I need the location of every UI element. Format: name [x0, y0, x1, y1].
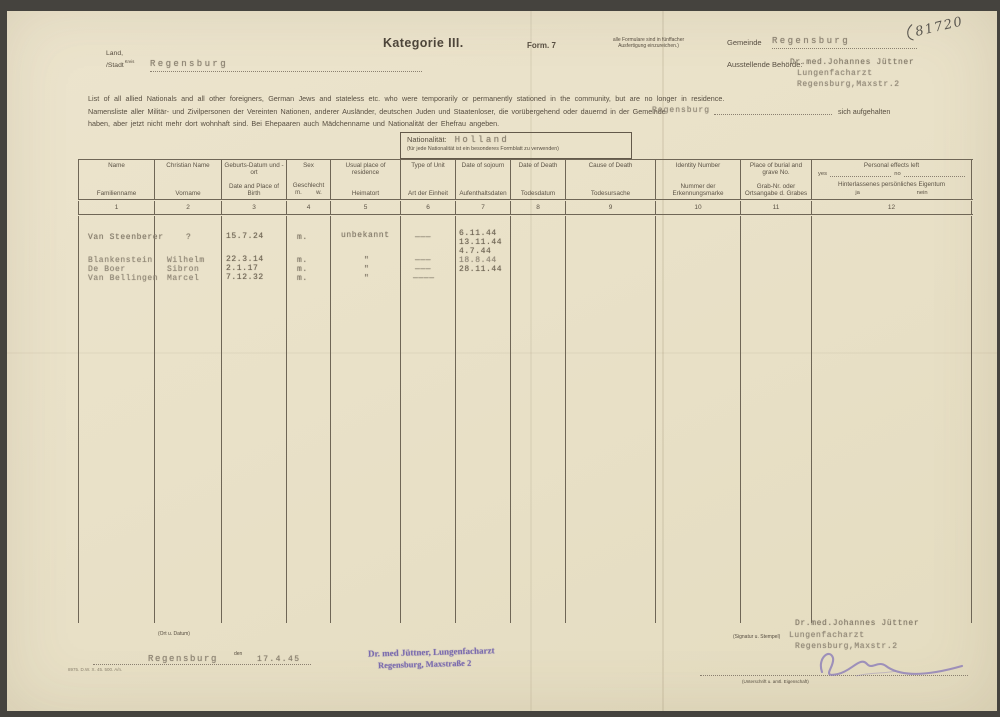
body-col4	[287, 216, 331, 623]
nationality-note: (für jede Nationalität ist ein besondere…	[407, 146, 625, 152]
col6-number: 6	[401, 201, 456, 214]
row3-surname: De Boer	[88, 265, 126, 274]
gemeinde-typed-value: Regensburg	[772, 36, 850, 46]
row3-sex: m.	[297, 265, 308, 274]
col2-bottom-label: Vorname	[156, 190, 220, 197]
handwritten-signature	[812, 644, 967, 688]
stadt-label: /Stadt	[106, 62, 124, 69]
nationality-typed-value: Holland	[455, 135, 510, 145]
col-header-burial: Place of burial and grave No. Grab-Nr. o…	[741, 160, 812, 199]
col10-number: 10	[656, 201, 741, 214]
col-header-residence: Usual place of residence Heimatort	[331, 160, 401, 199]
col4-female-label: w.	[316, 190, 322, 197]
table-column-numbers-row: 1 2 3 4 5 6 7 8 9 10 11 12	[78, 201, 973, 215]
col12-no-label: no	[894, 171, 900, 178]
row4-vorname: Marcel	[167, 274, 199, 283]
body-col10	[656, 216, 741, 623]
col6-top-label: Type of Unit	[402, 162, 454, 169]
col-header-sojourn: Date of sojourn Aufenthaltsdaten	[456, 160, 511, 199]
col4-top-label: Sex	[288, 162, 329, 169]
col-header-sex: Sex Geschlecht m. w.	[287, 160, 331, 199]
intro-line-german-part2: sich aufgehalten	[838, 107, 890, 116]
col12-nein-label: nein	[917, 190, 928, 197]
handwritten-registry-number: 81720	[902, 11, 966, 44]
row1-birthdate: 15.7.24	[226, 232, 264, 241]
nationality-label: Nationalität:	[407, 135, 447, 144]
scan-edge-left	[0, 0, 7, 717]
row4-unit-dashes: ————	[413, 274, 435, 283]
body-col7	[456, 216, 511, 623]
scan-edge-top	[0, 0, 1000, 11]
form-category-title: Kategorie III.	[383, 36, 464, 50]
scanned-form-paper: Kategorie III. Form. 7 alle Formulare si…	[0, 0, 1000, 717]
gemeinde-label: Gemeinde	[727, 38, 762, 47]
row2-sojourn-date: 4.7.44	[459, 247, 491, 256]
row3-residence-ditto: "	[364, 265, 369, 274]
row4-sex: m.	[297, 274, 308, 283]
intro-line-german-line3: haben, aber jetzt nicht mehr dort wohnha…	[88, 119, 499, 128]
body-col11	[741, 216, 812, 623]
handwritten-number-text: 81720	[914, 14, 965, 40]
col10-bottom-label: Nummer der Erkennungsmarke	[657, 183, 739, 197]
col1-top-label: Name	[80, 162, 153, 169]
doctor-stamp-line2: Regensburg, Maxstraße 2	[378, 658, 471, 670]
col12-ja-nein-row: ja nein	[813, 190, 970, 197]
col3-bottom-label: Date and Place of Birth	[223, 183, 285, 197]
col8-top-label: Date of Death	[512, 162, 564, 169]
body-col8	[511, 216, 566, 623]
col3-number: 3	[222, 201, 287, 214]
signer-typed-line2: Lungenfacharzt	[789, 631, 865, 640]
col7-bottom-label: Aufenthaltsdaten	[457, 190, 509, 197]
col12-top-label: Personal effects left	[813, 162, 970, 169]
col-header-death-date: Date of Death Todesdatum	[511, 160, 566, 199]
col6-bottom-label: Art der Einheit	[402, 190, 454, 197]
row1-vorname: ?	[186, 233, 191, 242]
behoerde-typed-line1: Dr.med.Johannes Jüttner	[790, 58, 914, 67]
body-col12	[812, 216, 972, 623]
col4-number: 4	[287, 201, 331, 214]
row3-unit-dashes: ———	[415, 265, 431, 274]
col4-mw-row: m. w.	[288, 190, 329, 197]
row1-sex: m.	[297, 233, 308, 242]
row2-vorname: Wilhelm	[167, 256, 205, 265]
col12-yes-leader	[830, 175, 891, 177]
col12-bottom-label: Hinterlassenes persönliches Eigentum	[813, 181, 970, 188]
col3-top-label: Geburts-Datum und -ort	[223, 162, 285, 176]
den-label: den	[234, 651, 242, 657]
col-header-unit: Type of Unit Art der Einheit	[401, 160, 456, 199]
behoerde-typed-line3: Regensburg,Maxstr.2	[797, 80, 900, 89]
row1-surname: Van Steenberer	[88, 233, 164, 242]
ort-datum-note: (Ort u. Datum)	[158, 631, 190, 637]
place-date-dotted-line	[93, 664, 311, 665]
col8-bottom-label: Todesdatum	[512, 190, 564, 197]
col1-number: 1	[78, 201, 155, 214]
col2-number: 2	[155, 201, 222, 214]
signature-stamp-note: (Signatur u. Stempel)	[733, 634, 780, 640]
col11-number: 11	[741, 201, 812, 214]
col2-top-label: Christian Name	[156, 162, 220, 169]
col1-bottom-label: Familienname	[80, 190, 153, 197]
form-copies-note-line2: Ausfertigung einzureichen.)	[586, 43, 711, 49]
col5-number: 5	[331, 201, 401, 214]
place-typed-value: Regensburg	[148, 654, 218, 664]
kreis-label: Kreis	[125, 59, 135, 64]
row4-sojourn-date: 28.11.44	[459, 265, 502, 274]
col7-top-label: Date of sojourn	[457, 162, 509, 169]
row2-sex: m.	[297, 256, 308, 265]
row4-residence-ditto: "	[364, 274, 369, 283]
intro-line-english: List of all allied Nationals and all oth…	[88, 94, 724, 103]
row2-unit-dashes: ———	[415, 256, 431, 265]
col11-top-label: Place of burial and grave No.	[742, 162, 810, 176]
col9-bottom-label: Todesursache	[567, 190, 654, 197]
col9-top-label: Cause of Death	[567, 162, 654, 169]
col-header-death-cause: Cause of Death Todesursache	[566, 160, 656, 199]
row3-vorname: Sibron	[167, 265, 199, 274]
col4-bottom-label: Geschlecht	[288, 182, 329, 189]
col-header-christian-name: Christian Name Vorname	[155, 160, 222, 199]
row1-sojourn-date1: 6.11.44	[459, 229, 497, 238]
row4-birthdate: 7.12.32	[226, 273, 264, 282]
intro-dotted-line	[714, 114, 832, 115]
form-number-label: Form. 7	[527, 41, 556, 50]
col5-top-label: Usual place of residence	[332, 162, 399, 176]
row1-residence: unbekannt	[341, 231, 390, 240]
gemeinde-dotted-line	[772, 48, 917, 49]
col12-yes-no-row: yes no	[813, 171, 970, 178]
col9-number: 9	[566, 201, 656, 214]
row3-birthdate: 2.1.17	[226, 264, 258, 273]
col4-male-label: m.	[295, 190, 302, 197]
row4-surname: Van Bellingen	[88, 274, 158, 283]
land-typed-value: Regensburg	[150, 59, 228, 69]
intro-line-german-part1: Namensliste aller Militär- und Zivilpers…	[88, 107, 666, 116]
land-stadt-block: Land, /StadtKreis	[106, 50, 134, 70]
row3-sojourn-date: 18.8.44	[459, 256, 497, 265]
row1-sojourn-date2: 13.11.44	[459, 238, 502, 247]
print-shop-note: 8975. D.W. X. 45. 500. A/n.	[68, 667, 122, 672]
land-label: Land,	[106, 50, 134, 58]
table-body-grid	[78, 216, 973, 623]
col-header-effects: Personal effects left yes no Hinterlasse…	[812, 160, 972, 199]
col12-number: 12	[812, 201, 972, 214]
intro-gemeinde-typed: Regensburg	[652, 106, 710, 115]
land-dotted-line	[150, 71, 422, 72]
row2-birthdate: 22.3.14	[226, 255, 264, 264]
form-copies-note: alle Formulare sind in fünffacher Ausfer…	[586, 37, 711, 49]
row2-surname: Blankenstein	[88, 256, 153, 265]
row1-unit-dashes: ———	[415, 233, 431, 242]
table-header-row: Name Familienname Christian Name Vorname…	[78, 159, 973, 200]
col-header-birth: Geburts-Datum und -ort Date and Place of…	[222, 160, 287, 199]
signature-caption: (Unterschrift u. amtl. Eigenschaft)	[742, 679, 809, 684]
nationality-box: Nationalität: Holland (für jede National…	[400, 132, 632, 159]
col12-no-leader	[904, 175, 965, 177]
col-header-name: Name Familienname	[78, 160, 155, 199]
col11-bottom-label: Grab-Nr. oder Ortsangabe d. Grabes	[742, 183, 810, 197]
col12-yes-label: yes	[818, 171, 827, 178]
col12-ja-label: ja	[855, 190, 860, 197]
col10-top-label: Identity Number	[657, 162, 739, 169]
col8-number: 8	[511, 201, 566, 214]
behoerde-typed-line2: Lungenfacharzt	[797, 69, 873, 78]
scan-edge-bottom	[0, 711, 1000, 717]
col5-bottom-label: Heimatort	[332, 190, 399, 197]
date-typed-value: 17.4.45	[257, 655, 300, 664]
doctor-stamp-line1: Dr. med Jüttner, Lungenfacharzt	[368, 645, 495, 658]
signer-typed-line1: Dr.med.Johannes Jüttner	[795, 619, 919, 628]
row2-residence-ditto: "	[364, 256, 369, 265]
col-header-identity: Identity Number Nummer der Erkennungsmar…	[656, 160, 741, 199]
col7-number: 7	[456, 201, 511, 214]
body-col9	[566, 216, 656, 623]
